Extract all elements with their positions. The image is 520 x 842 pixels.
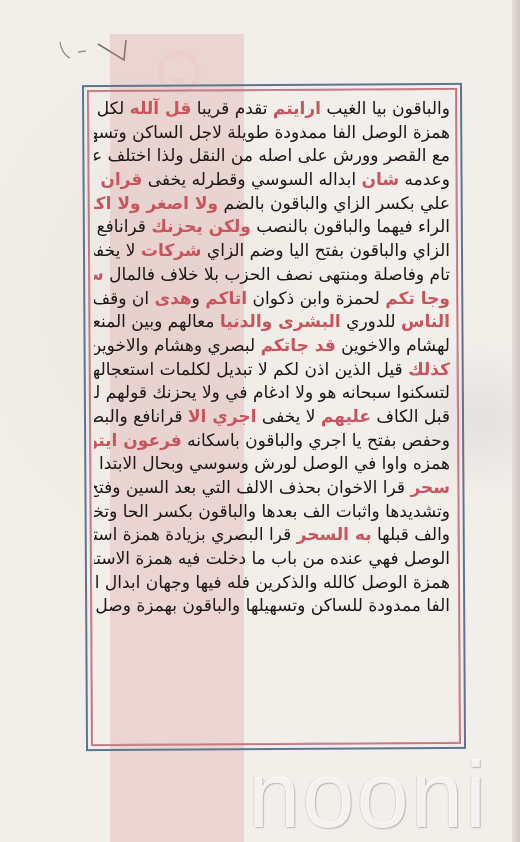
- text-segment: قيل الذين اذن لكم لا تبديل لكلمات استعجا…: [94, 360, 408, 380]
- text-segment: الفا ممدودة للساكن وتسهيلها والباقون بهم…: [94, 596, 450, 616]
- rubric-keyword: سحر: [410, 478, 450, 498]
- rubric-keyword: قل آلله: [130, 99, 192, 119]
- rubric-keyword: سنا وجاكم: [94, 265, 104, 285]
- rubric-keyword: ارايتم: [273, 99, 321, 119]
- manuscript-line: والف قبلها به السحر قرا البصري بزيادة هم…: [94, 524, 450, 548]
- manuscript-line: همزة الوصل كالله والذكرين فله فيها وجهان…: [94, 572, 450, 596]
- manuscript-line: مع القصر وورش على اصله من النقل ولذا اخت…: [94, 145, 450, 169]
- manuscript-page: والباقون بيا الغيب ارايتم تقدم قريبا قل …: [0, 0, 520, 842]
- text-segment: همزه واوا في الوصل لورش وسوسي وبحال الاب…: [94, 454, 450, 474]
- text-segment: همزة الوصل كالله والذكرين فله فيها وجهان…: [94, 573, 450, 593]
- text-segment: علي بكسر الزاي والباقون بالضم: [218, 194, 450, 214]
- text-segment: معالهم وبين المنعم: [94, 312, 220, 332]
- manuscript-line: وجا تكم لحمزة وابن ذكوان اتاكم وهدى ان و…: [94, 288, 450, 312]
- manuscript-line: وحفص بفتح يا اجري والباقون باسكانه فرعون…: [94, 430, 450, 454]
- rubric-keyword: وجا تكم: [385, 289, 450, 309]
- manuscript-line: همزة الوصل الفا ممدودة طويلة لاجل الساكن…: [94, 122, 450, 146]
- text-segment: لبصري وهشام والاخوين: [94, 336, 261, 356]
- text-segment: وتشديدها واثبات الف بعدها والباقون بكسر …: [94, 502, 450, 522]
- rubric-keyword: قد جاتكم: [261, 336, 336, 356]
- rubric-keyword: اتاكم: [205, 289, 247, 309]
- rubric-keyword: هدى: [154, 289, 191, 309]
- text-segment: لحمزة وابن ذكوان: [247, 289, 385, 309]
- rubric-keyword: عليهم: [321, 407, 371, 427]
- manuscript-line: الزاي والباقون بفتح اليا وضم الزاي شركات…: [94, 240, 450, 264]
- manuscript-line: كذلك قيل الذين اذن لكم لا تبديل لكلمات ا…: [94, 359, 450, 383]
- text-segment: همزة الوصل الفا ممدودة طويلة لاجل الساكن…: [94, 123, 450, 143]
- manuscript-line: الوصل فهي عنده من باب ما دخلت فيه همزة ا…: [94, 548, 450, 572]
- text-segment: وعدمه: [399, 170, 450, 190]
- manuscript-line: تام وفاصلة ومنتهى نصف الحزب بلا خلاف فال…: [94, 264, 450, 288]
- rubric-keyword: فرعون ايتوني: [94, 431, 182, 451]
- manuscript-line: وتشديدها واثبات الف بعدها والباقون بكسر …: [94, 501, 450, 525]
- manuscript-line: والباقون بيا الغيب ارايتم تقدم قريبا قل …: [94, 98, 450, 122]
- manuscript-line: وعدمه شان ابداله السوسي وقطرله يخفى قران…: [94, 169, 450, 193]
- text-segment: الوصل فهي عنده من باب ما دخلت فيه همزة ا…: [94, 549, 450, 569]
- text-segment: قرا الاخوان بحذف الالف التي بعد السين وف…: [94, 478, 410, 498]
- text-segment: والباقون بيا الغيب: [321, 99, 450, 119]
- text-segment: ان وقف عليه لهم: [94, 289, 154, 309]
- text-segment: لا يخفى: [257, 407, 321, 427]
- manuscript-line: همزه واوا في الوصل لورش وسوسي وبحال الاب…: [94, 453, 450, 477]
- rubric-keyword: البشرى والدنيا: [220, 312, 341, 332]
- manuscript-line: قبل الكاف عليهم لا يخفى اجري الا قرانافع…: [94, 406, 450, 430]
- text-segment: لكل القرا فيه وجهان ابدال: [94, 99, 130, 119]
- text-segment: قرانافع بضم اليا وكسر: [94, 217, 151, 237]
- manuscript-line: الناس للدوري البشرى والدنيا معالهم وبين …: [94, 311, 450, 335]
- rubric-keyword: كذلك: [408, 360, 450, 380]
- text-segment: وحفص بفتح يا اجري والباقون باسكانه: [182, 431, 450, 451]
- text-segment: والف قبلها: [372, 525, 450, 545]
- rubric-keyword: به السحر: [297, 525, 372, 545]
- text-segment: ابداله السوسي وقطرله يخفى: [142, 170, 361, 190]
- text-segment: قرانافع والبصري والشامي: [94, 407, 188, 427]
- text-segment: لهشام والاخوين: [336, 336, 450, 356]
- rubric-keyword: ولكن يحزنك: [151, 217, 250, 237]
- rubric-keyword: قران: [100, 170, 142, 190]
- manuscript-line: علي بكسر الزاي والباقون بالضم ولا اصغر و…: [94, 193, 450, 217]
- text-segment: لتسكنوا سبحانه هو ولا ادغام في ولا يحزنك…: [94, 383, 450, 403]
- text-segment: و: [192, 289, 206, 309]
- text-segment: قبل الكاف: [371, 407, 450, 427]
- rubric-keyword: شان: [361, 170, 399, 190]
- text-segment: قرا البصري بزيادة همزة استفهام قبل همزة: [94, 525, 297, 545]
- rubric-keyword: ولا اصغر ولا اكبر: [94, 194, 218, 214]
- manuscript-line: لهشام والاخوين قد جاتكم لبصري وهشام والا…: [94, 335, 450, 359]
- manuscript-line: سحر قرا الاخوان بحذف الالف التي بعد السي…: [94, 477, 450, 501]
- manuscript-line: الراء فيهما والباقون بالنصب ولكن يحزنك ق…: [94, 216, 450, 240]
- manuscript-line: الفا ممدودة للساكن وتسهيلها والباقون بهم…: [94, 595, 450, 619]
- rubric-keyword: شركات: [141, 241, 202, 261]
- text-segment: لا يخفى: [94, 241, 141, 261]
- rubric-keyword: اجري الا: [188, 407, 257, 427]
- nooni-watermark: nooni: [248, 755, 488, 835]
- page-edge-shadow: [512, 0, 520, 842]
- manuscript-line: لتسكنوا سبحانه هو ولا ادغام في ولا يحزنك…: [94, 382, 450, 406]
- rubric-keyword: الناس: [401, 312, 450, 332]
- text-segment: تقدم قريبا: [191, 99, 273, 119]
- text-segment: تام وفاصلة ومنتهى نصف الحزب بلا خلاف فال…: [104, 265, 450, 285]
- manuscript-text-block: والباقون بيا الغيب ارايتم تقدم قريبا قل …: [94, 98, 450, 738]
- text-segment: الزاي والباقون بفتح اليا وضم الزاي: [202, 241, 450, 261]
- text-segment: مع القصر وورش على اصله من النقل ولذا اخت…: [94, 146, 450, 166]
- text-segment: للدوري: [341, 312, 401, 332]
- text-segment: الراء فيهما والباقون بالنصب: [251, 217, 450, 237]
